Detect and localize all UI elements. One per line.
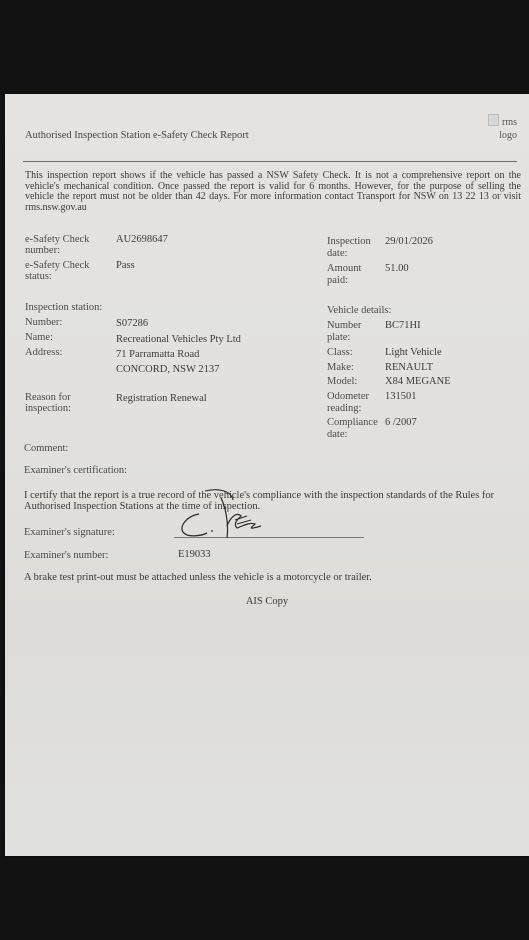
- class-label: Class:: [327, 347, 353, 359]
- report-title: Authorised Inspection Station e-Safety C…: [25, 130, 249, 142]
- intro-paragraph: This inspection report shows if the vehi…: [25, 171, 521, 213]
- plate-label: Number plate:: [327, 320, 372, 344]
- plate-value: BC71HI: [385, 320, 421, 332]
- ais-copy-label: AIS Copy: [5, 596, 529, 608]
- inspection-report-paper: Authorised Inspection Station e-Safety C…: [5, 94, 529, 856]
- make-label: Make:: [327, 362, 354, 374]
- station-name-label: Name:: [25, 332, 53, 344]
- signature-label: Examiner's signature:: [24, 527, 115, 539]
- header-divider: [23, 161, 517, 162]
- inspection-date-value: 29/01/2026: [385, 236, 433, 248]
- check-number-label: e-Safety Check number:: [25, 234, 105, 256]
- comment-label: Comment:: [24, 443, 68, 455]
- station-number-value: S07286: [116, 318, 148, 330]
- station-address-line2: CONCORD, NSW 2137: [116, 364, 219, 376]
- amount-paid-label: Amount paid:: [327, 263, 372, 287]
- compliance-value: 6 /2007: [385, 417, 417, 429]
- compliance-label: Compliance date:: [327, 417, 382, 441]
- certification-label: Examiner's certification:: [24, 465, 127, 477]
- station-heading: Inspection station:: [25, 302, 102, 314]
- examiner-number-label: Examiner's number:: [24, 550, 108, 562]
- inspection-date-label: Inspection date:: [327, 236, 377, 260]
- rms-logo: rms logo: [488, 114, 517, 142]
- amount-paid-value: 51.00: [385, 263, 409, 275]
- odometer-value: 131501: [385, 391, 417, 403]
- reason-value: Registration Renewal: [116, 393, 207, 405]
- logo-alt-line2: logo: [499, 130, 517, 141]
- examiner-number-value: E19033: [178, 549, 211, 561]
- odometer-label: Odometer reading:: [327, 391, 382, 415]
- check-status-label: e-Safety Check status:: [25, 260, 105, 282]
- station-address-line1: 71 Parramatta Road: [116, 349, 199, 361]
- logo-alt-line1: rms: [502, 117, 517, 128]
- broken-image-icon: [488, 114, 499, 126]
- station-address-label: Address:: [25, 347, 62, 359]
- make-value: RENAULT: [385, 362, 433, 374]
- brake-test-note: A brake test print-out must be attached …: [24, 572, 372, 584]
- class-value: Light Vehicle: [385, 347, 442, 359]
- check-number-value: AU2698647: [116, 234, 168, 246]
- examiner-signature: [177, 486, 277, 541]
- reason-label: Reason for inspection:: [25, 392, 85, 414]
- check-status-value: Pass: [116, 260, 135, 272]
- station-name-value: Recreational Vehicles Pty Ltd: [116, 334, 241, 346]
- model-label: Model:: [327, 376, 357, 388]
- station-number-label: Number:: [25, 317, 62, 329]
- vehicle-heading: Vehicle details:: [327, 305, 391, 317]
- model-value: X84 MEGANE: [385, 376, 451, 388]
